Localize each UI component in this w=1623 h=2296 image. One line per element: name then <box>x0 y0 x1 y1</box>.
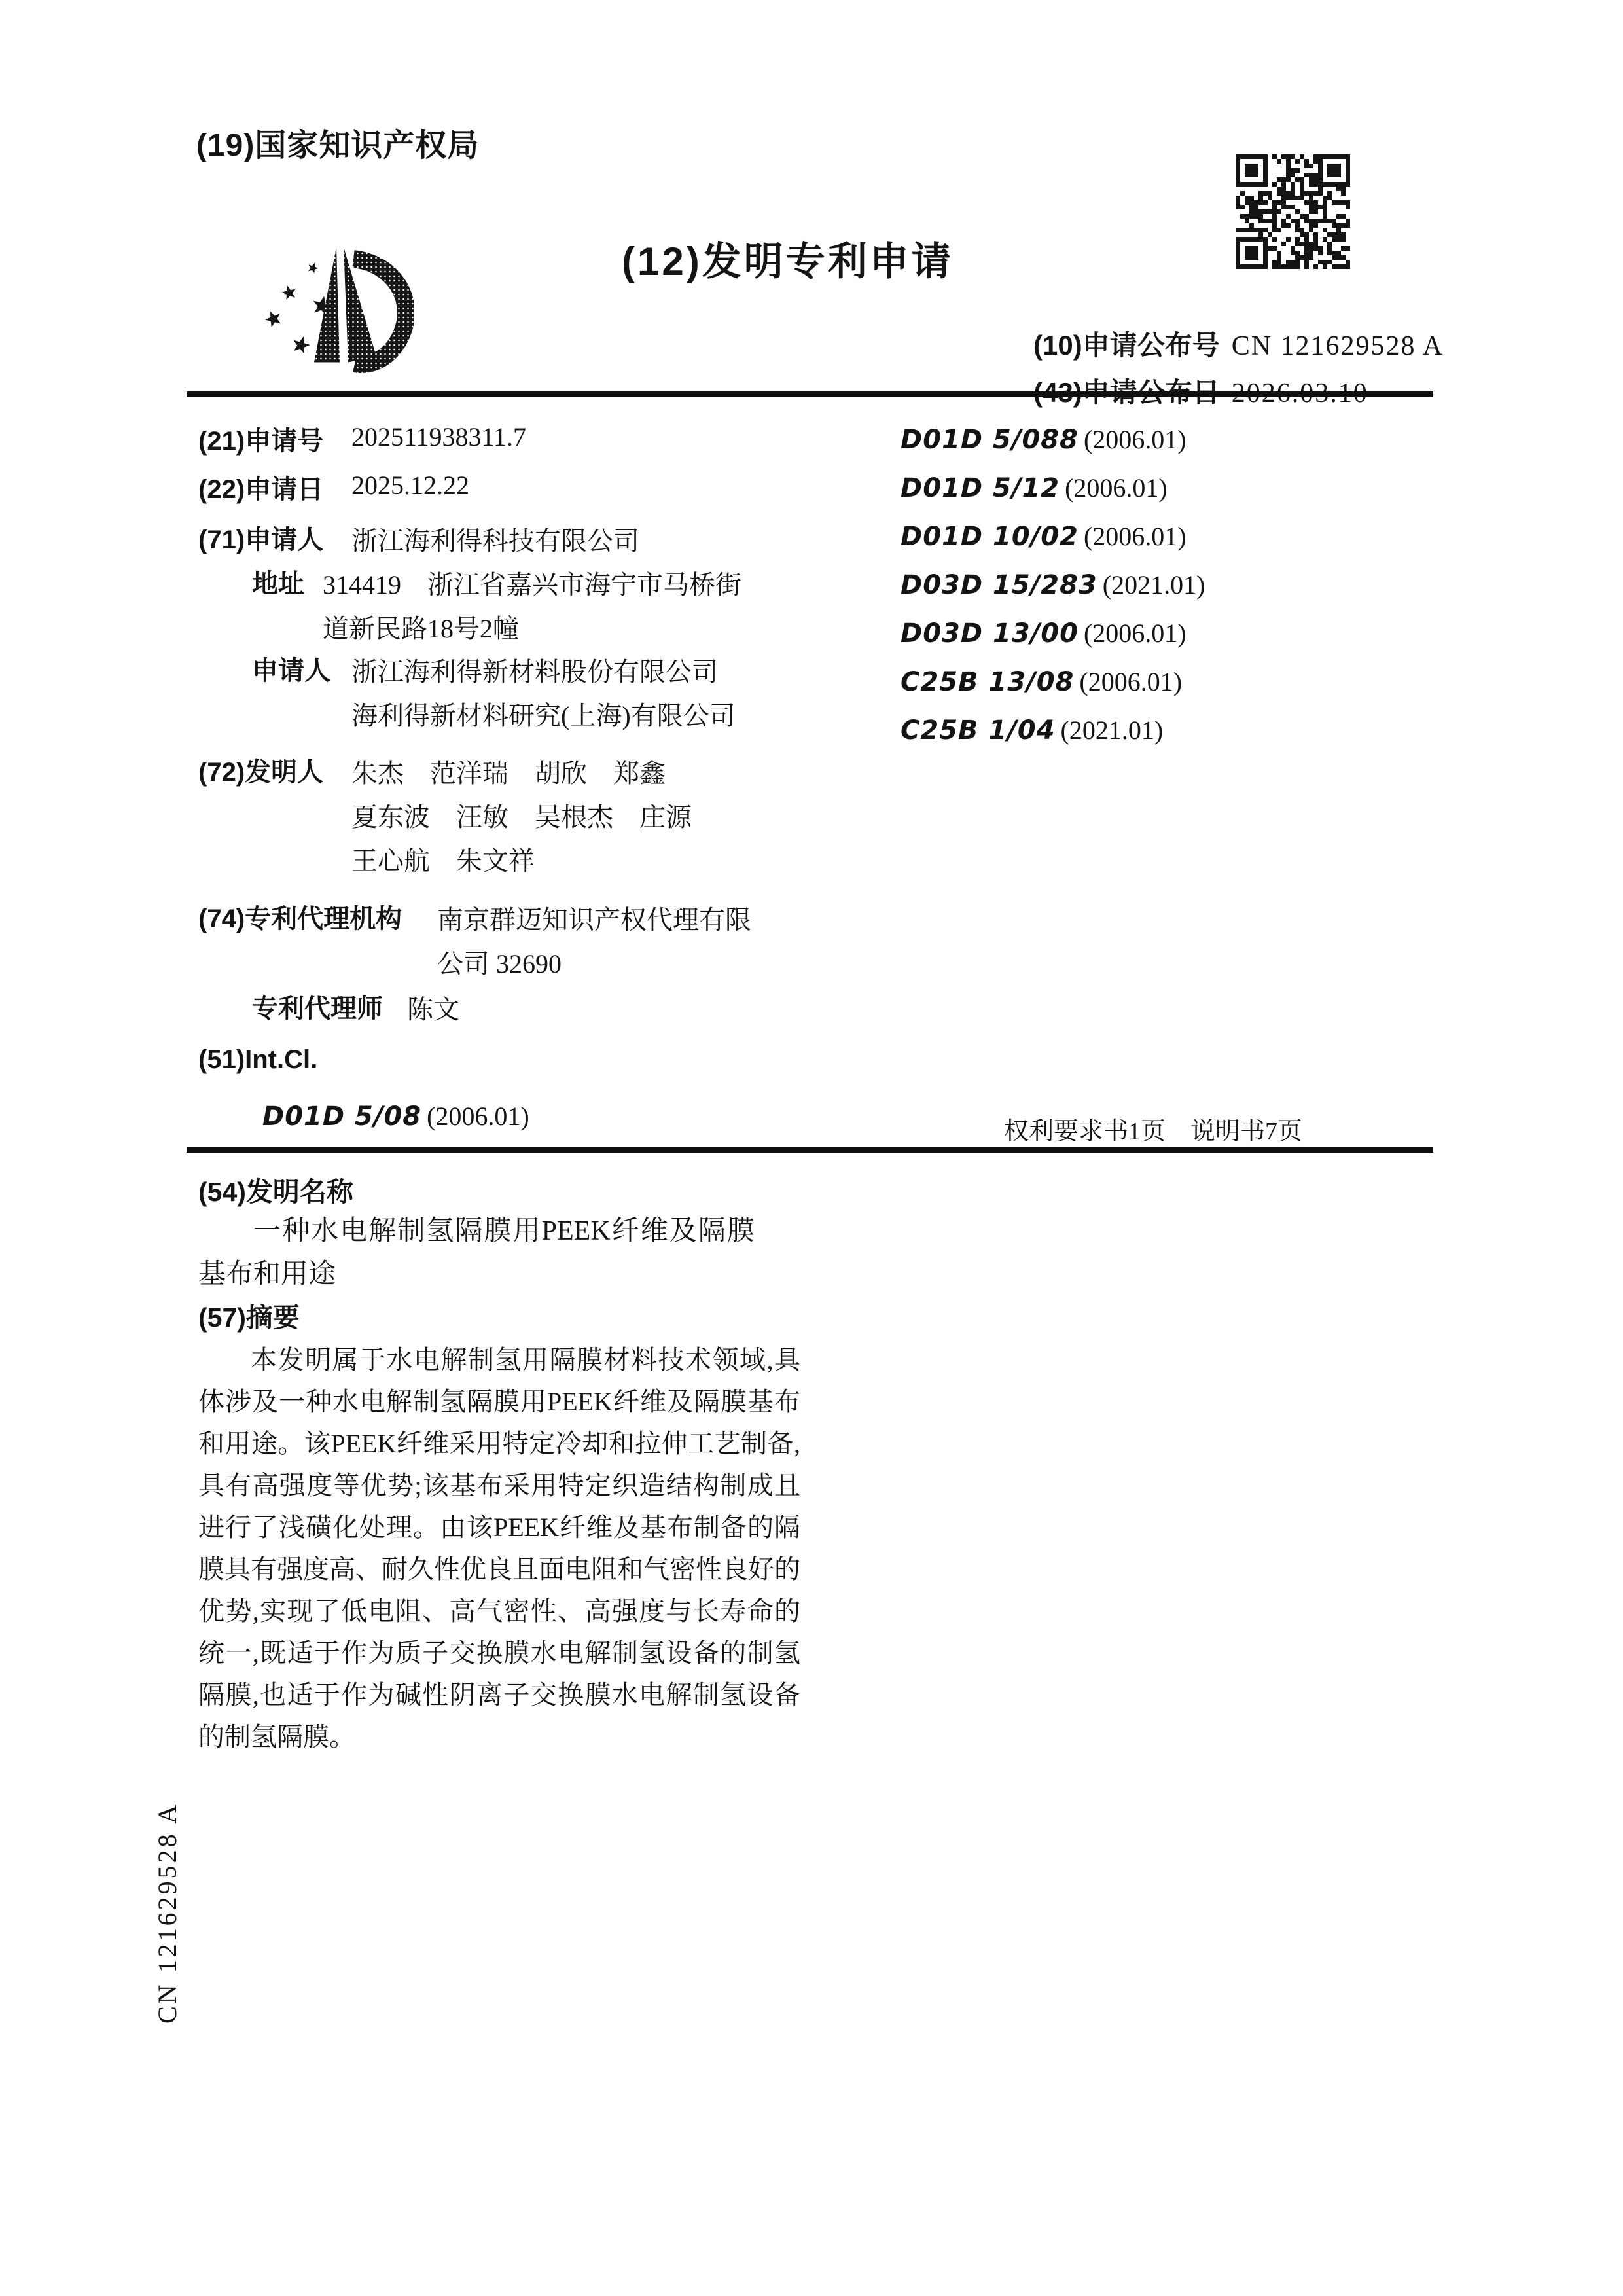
agent-name: 陈文 <box>407 989 459 1026</box>
applicant-label: (71)申请人 <box>198 519 323 556</box>
agency-line-2: 公司 32690 <box>437 943 562 980</box>
classification-row: C25B 13/08(2006.01) <box>890 655 1182 709</box>
agency-label: (74)专利代理机构 <box>198 898 402 935</box>
patent-front-page: (19)国家知识产权局 (12)发明专利申请 (10)申请 <box>0 0 1623 2296</box>
classification-code: C25B 1/04 <box>901 715 1056 745</box>
classification-row: D01D 10/02(2006.01) <box>890 509 1186 564</box>
applicant-2: 浙江海利得新材料股份有限公司 <box>351 651 718 689</box>
publication-number-value: CN 121629528 A <box>1232 331 1444 361</box>
abstract-label: (57)摘要 <box>198 1296 300 1335</box>
pages-note: 权利要求书1页 说明书7页 <box>955 1111 1302 1147</box>
application-number-label: (21)申请号 <box>198 420 323 457</box>
classification-code: D03D 13/00 <box>901 619 1079 649</box>
application-date-value: 2025.12.22 <box>351 470 469 501</box>
classification-code: C25B 13/08 <box>901 667 1074 697</box>
address-line-2: 道新民路18号2幢 <box>323 608 519 645</box>
classification-row: D03D 13/00(2006.01) <box>890 606 1186 660</box>
classification-code: D01D 5/12 <box>901 473 1060 503</box>
intcl-primary-code: D01D 5/08 <box>262 1102 421 1132</box>
classification-row: D01D 5/088(2006.01) <box>890 412 1186 467</box>
classification-row: D01D 5/12(2006.01) <box>890 461 1168 515</box>
classification-code: D01D 10/02 <box>901 522 1079 552</box>
qr-code-icon <box>1236 131 1350 293</box>
middle-divider <box>187 1147 1433 1153</box>
classification-row: D03D 15/283(2021.01) <box>890 558 1205 612</box>
vertical-publication-number: CN 121629528 A <box>152 1803 183 2024</box>
classification-code: D03D 15/283 <box>901 570 1097 600</box>
classification-row: C25B 1/04(2021.01) <box>890 703 1163 757</box>
inventors-line-2: 夏东波 汪敏 吴根杰 庄源 <box>351 797 692 834</box>
classification-year: (2006.01) <box>1084 522 1186 551</box>
cnipa-logo-icon <box>241 208 414 422</box>
agent-label: 专利代理师 <box>252 988 383 1025</box>
document-type-title: (12)发明专利申请 <box>622 230 954 287</box>
invention-title: 一种水电解制氢隔膜用PEEK纤维及隔膜基布和用途 <box>198 1210 755 1296</box>
applicant-3: 海利得新材料研究(上海)有限公司 <box>351 695 736 732</box>
intcl-primary-year: (2006.01) <box>427 1102 529 1131</box>
intcl-primary: D01D 5/08(2006.01) <box>252 1089 529 1143</box>
intcl-label: (51)Int.Cl. <box>198 1045 317 1075</box>
agency-line-1: 南京群迈知识产权代理有限 <box>437 899 751 937</box>
invention-title-label: (54)发明名称 <box>198 1170 353 1209</box>
applicant-1: 浙江海利得科技有限公司 <box>351 520 639 558</box>
application-date-label: (22)申请日 <box>198 469 323 506</box>
classification-year: (2006.01) <box>1084 425 1186 454</box>
classification-year: (2006.01) <box>1084 619 1186 648</box>
inventors-line-1: 朱杰 范洋瑞 胡欣 郑鑫 <box>351 753 666 790</box>
inventors-label: (72)发明人 <box>198 751 323 789</box>
abstract-text: 本发明属于水电解制氢用隔膜材料技术领域,具体涉及一种水电解制氢隔膜用PEEK纤维… <box>198 1339 800 1758</box>
applicant-2-label: 申请人 <box>252 650 330 687</box>
application-number-value: 202511938311.7 <box>351 422 526 452</box>
address-label: 地址 <box>252 563 304 600</box>
patent-office-header: (19)国家知识产权局 <box>196 120 479 165</box>
classification-year: (2006.01) <box>1065 473 1168 503</box>
publication-number-label: (10)申请公布号 <box>1033 330 1220 361</box>
address-line-1: 314419 浙江省嘉兴市海宁市马桥街 <box>323 564 741 601</box>
classification-year: (2006.01) <box>1079 667 1182 696</box>
classification-year: (2021.01) <box>1103 570 1205 600</box>
inventors-line-3: 王心航 朱文祥 <box>351 840 535 878</box>
classification-year: (2021.01) <box>1061 715 1164 745</box>
top-divider <box>187 391 1433 397</box>
classification-code: D01D 5/088 <box>901 425 1079 455</box>
